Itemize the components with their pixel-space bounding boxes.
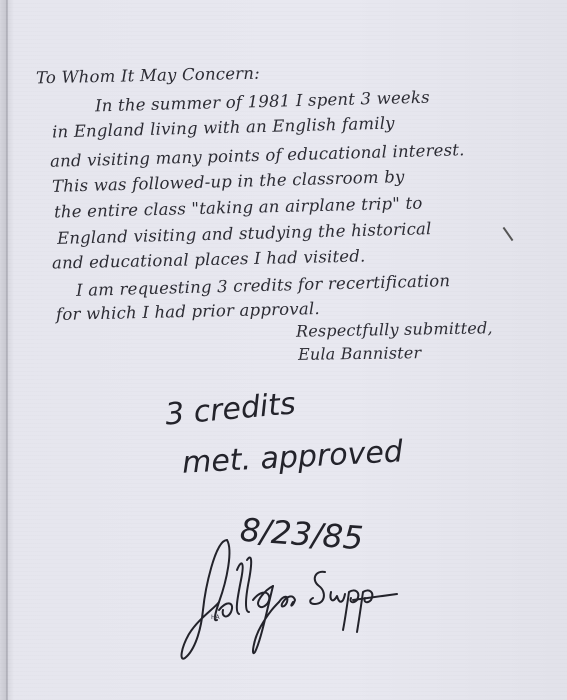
body-line: and educational places I had visited. — [52, 246, 366, 272]
stray-mark — [503, 227, 514, 241]
signature-initials: HA — [211, 614, 220, 621]
approval-credits: 3 credits — [164, 386, 297, 432]
body-line: for which I had prior approval. — [56, 299, 320, 324]
salutation: To Whom It May Concern: — [36, 64, 260, 88]
author-signature: Eula Bannister — [298, 343, 422, 364]
body-line: in England living with an English family — [52, 114, 395, 142]
closing-phrase: Respectfully submitted, — [296, 318, 493, 340]
approval-status: met. approved — [181, 434, 403, 481]
body-line: In the summer of 1981 I spent 3 weeks — [95, 88, 430, 116]
body-line: I am requesting 3 credits for recertific… — [76, 271, 451, 300]
scanned-page: To Whom It May Concern: In the summer of… — [0, 0, 567, 700]
body-line: England visiting and studying the histor… — [57, 219, 432, 248]
body-line: the entire class "taking an airplane tri… — [54, 194, 423, 222]
body-line: This was followed-up in the classroom by — [52, 167, 405, 196]
